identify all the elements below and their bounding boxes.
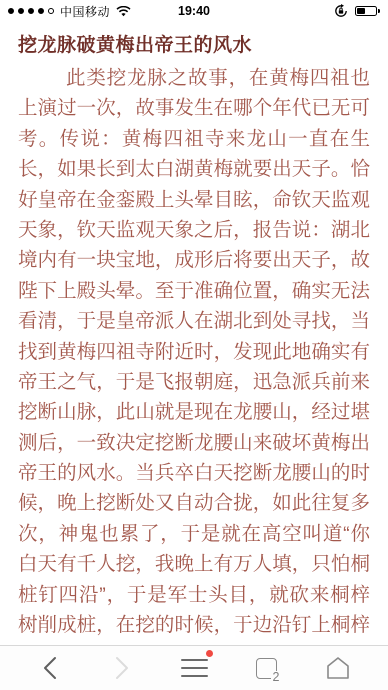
- forward-icon: [115, 656, 129, 680]
- notification-badge: [206, 650, 213, 657]
- signal-dot: [28, 8, 34, 14]
- tabs-icon: 2: [256, 658, 277, 679]
- menu-icon: [181, 659, 208, 677]
- body-line: 长，如果长到太白湖黄梅就要出天子。恰: [18, 154, 370, 184]
- body-line: 白天有千人挖，我晚上有万人填，只怕桐: [18, 549, 370, 579]
- signal-dot: [38, 8, 44, 14]
- wifi-icon: [116, 6, 131, 17]
- body-line: 树削成桩，在挖的时候，于边沿钉上桐梓: [18, 610, 370, 640]
- body-line: 帝王的风水。当兵卒白天挖断龙腰山的时: [18, 458, 370, 488]
- body-line: 上演过一次，故事发生在哪个年代已无可: [18, 93, 370, 123]
- browser-toolbar: 2: [0, 645, 388, 690]
- clock: 19:40: [0, 4, 388, 18]
- body-line: 看清，于是皇帝派人在湖北到处寻找，当: [18, 306, 370, 336]
- orientation-lock-icon: [334, 4, 348, 18]
- body-line: 次，神鬼也累了，于是就在高空叫道“你: [18, 519, 370, 549]
- body-line: 帝王之气，于是飞报朝庭，迅急派兵前来: [18, 367, 370, 397]
- body-line: 考。传说：黄梅四祖寺来龙山一直在生: [18, 124, 370, 154]
- body-line: 好皇帝在金銮殿上头晕目眩，命钦天监观: [18, 185, 370, 215]
- signal-dot: [48, 8, 54, 14]
- body-line: 陛下上殿头晕。至于准确位置，确实无法: [18, 276, 370, 306]
- battery-fill: [357, 8, 365, 14]
- tabs-count: 2: [271, 671, 280, 684]
- signal-strength-icon: [8, 8, 54, 14]
- body-line: 找到黄梅四祖寺附近时，发现此地确实有: [18, 337, 370, 367]
- body-line: 测后，一致决定挖断龙腰山来破坏黄梅出: [18, 428, 370, 458]
- status-bar: 中国移动 19:40: [0, 0, 388, 22]
- article-title: 挖龙脉破黄梅出帝王的风水: [18, 33, 370, 59]
- article-body: 此类挖龙脉之故事，在黄梅四祖也 上演过一次，故事发生在哪个年代已无可 考。传说：…: [18, 63, 370, 640]
- back-button[interactable]: [28, 646, 72, 690]
- home-icon: [325, 656, 351, 680]
- article-content: 挖龙脉破黄梅出帝王的风水 此类挖龙脉之故事，在黄梅四祖也 上演过一次，故事发生在…: [0, 33, 388, 640]
- signal-dot: [18, 8, 24, 14]
- body-line: 境内有一块宝地，成形后将要出天子，故: [18, 245, 370, 275]
- body-line: 候，晚上挖断处又自动合拢，如此往复多: [18, 488, 370, 518]
- body-line: 天象，钦天监观天象之后，报告说：湖北: [18, 215, 370, 245]
- tabs-button[interactable]: 2: [244, 646, 288, 690]
- body-line: 此类挖龙脉之故事，在黄梅四祖也: [18, 63, 370, 93]
- menu-button[interactable]: [172, 646, 216, 690]
- carrier-label: 中国移动: [60, 3, 110, 20]
- home-button[interactable]: [316, 646, 360, 690]
- body-line: 桩钉四沿”，于是军士头目，就砍来桐梓: [18, 580, 370, 610]
- battery-icon: [355, 6, 380, 16]
- signal-dot: [8, 8, 14, 14]
- back-icon: [43, 656, 57, 680]
- forward-button[interactable]: [100, 646, 144, 690]
- body-line: 挖断山脉，此山就是现在龙腰山，经过堪: [18, 397, 370, 427]
